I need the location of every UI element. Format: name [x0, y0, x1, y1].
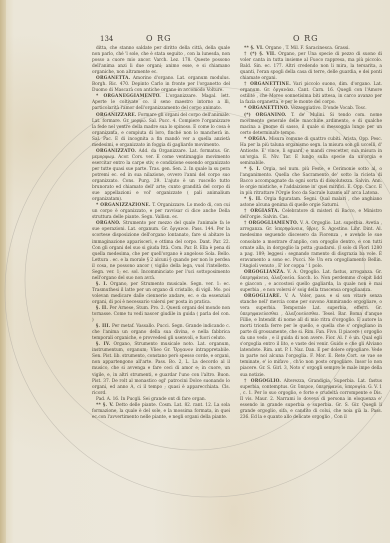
dictionary-entry: §. I. Organo, per Strumento musicale. Se…	[92, 282, 230, 306]
page-number: 134	[100, 35, 113, 43]
left-column: ditta, che stanno saldate per diritto de…	[92, 46, 230, 421]
entry-text: Orgia, nel num. più Feste, e Cerimonie s…	[240, 167, 382, 196]
entry-headword: ORGANETTA.	[96, 76, 130, 81]
entry-text: Formare gli organi del corpo dell'animal…	[92, 113, 230, 148]
dictionary-entry: §. IV. Organo, Strumento musicale noto. …	[92, 342, 230, 396]
entry-headword: † ORGOGLIO.	[244, 379, 281, 384]
running-head-left: O RG	[146, 34, 172, 43]
dictionary-entry: ORGANETTA. Amorino d'organo. Lat. organu…	[92, 76, 230, 94]
entry-text: Strumento per mezzo del quale l'animale …	[92, 221, 230, 280]
dictionary-entry: ORGANIZZARE. Formare gli organi del corp…	[92, 113, 230, 149]
entry-headword: * ORGIA.	[244, 137, 267, 142]
dictionary-entry: * ORGIA. Misura comune di quattro cubiti…	[240, 137, 382, 167]
right-column: ** §. VI. Organo , T. Mil. F. Saracinesc…	[240, 46, 382, 421]
entry-headword: † ORGOGLIAMENTO.	[244, 221, 298, 226]
entry-text: Orgia figuratam. Segni. Qual malari , ch…	[240, 197, 382, 208]
dictionary-entry: (*) ORGANINO. T. de' Mulini. Si tendo co…	[240, 113, 382, 137]
entry-headword: * ORGANETTINO.	[244, 106, 289, 111]
entry-text: Vezzeggiativo. D'onde Vocab. Tosc.	[291, 106, 367, 111]
entry-headword: † ORGIASTA.	[244, 209, 279, 214]
dictionary-entry: * §. I. Orgia, nel num. più Feste, e Cer…	[240, 167, 382, 197]
entry-headword: §. IV.	[96, 342, 110, 347]
entry-headword: † ORGANETTINE.	[244, 82, 291, 87]
entry-headword: ORGANIZZATO.	[96, 149, 136, 154]
entry-headword: §. I.	[96, 282, 107, 287]
entry-text: Organo , T. Mil. F. Saracinesca. Grassi.	[265, 46, 350, 51]
entry-headword: §. III.	[96, 324, 110, 329]
dictionary-entry: ORGANIZZATO. Add. da Organizzare. Lat. f…	[92, 149, 230, 203]
entry-headword: * §. II.	[244, 197, 262, 202]
dictionary-entry: † ORGOGLIAMENTO. V. A. Orgoglio. Lat. su…	[240, 221, 382, 269]
entry-text: V. A. Orgoglio. Lat. superbia. Avetia , …	[240, 221, 382, 268]
entry-headword: ORGOGLIARE.	[244, 294, 281, 299]
entry-text: Pad. A. 16. In Pucgli. Sei grande ont di…	[96, 397, 206, 402]
entry-text: V. A. Voler, pass. e sì son vitare senza…	[240, 294, 382, 378]
running-head-right: O RG	[293, 34, 319, 43]
entry-headword: ORGANO.	[96, 221, 121, 226]
entry-headword: † (*) §. VII.	[244, 52, 276, 57]
scanned-page: 134 O RG O RG ditta, che stanno saldate …	[0, 0, 390, 543]
dictionary-entry: * §. II. Orgia figuratam. Segni. Qual ma…	[240, 197, 382, 209]
entry-headword: ** §. V.	[96, 403, 114, 408]
entry-headword: * ORGANIZZAZIONE.	[96, 203, 151, 208]
dictionary-entry: * ORGANIZZAZIONE. T. Organizzare. Lo mod…	[92, 203, 230, 221]
dictionary-entry: §. III. Per metaf. Vassallo. Pucci. Segn…	[92, 324, 230, 342]
dictionary-entry: ORGOGLIANZA. V. A. Orgoglio. Lat. fastus…	[240, 270, 382, 294]
entry-text: ditta, che stanno saldate per diritto de…	[92, 46, 230, 75]
entry-headword: ORGOGLIANZA.	[244, 270, 285, 275]
dictionary-entry: ** §. V. Detto delle piante. Cosm. Lat. …	[92, 403, 230, 421]
entry-headword: * §. I.	[244, 167, 260, 172]
entry-headword: ORGANIZZARE.	[96, 113, 137, 118]
entry-text: Per metaf. Vassallo. Pucci. Segn. Grande…	[92, 324, 230, 341]
entry-headword: (*) ORGANINO.	[244, 113, 287, 118]
entry-text: Organo, Strumento musicale noto. Lat. or…	[92, 342, 230, 395]
entry-text: Organo, per Strumento musicale. Segn. ve…	[92, 282, 230, 305]
dictionary-entry: † ORGIASTA. Celebratore di misteri di Ba…	[240, 209, 382, 221]
dictionary-entry: † ORGANETTINE. Vari piccolo suono, dim. …	[240, 82, 382, 106]
entry-headword: ** §. VI.	[244, 46, 264, 51]
dictionary-entry: * ORGANEGGIAMENTO. L'organizzare. Magal.…	[92, 94, 230, 112]
entry-text: Add. da Organizzare. Lat. formatus. Gr. …	[92, 149, 230, 202]
entry-text: Alterezza, Grandigia, Superbia. Lat. fas…	[240, 379, 382, 420]
dictionary-entry: † (*) §. VII. Organo, per Una specie di …	[240, 52, 382, 82]
dictionary-entry: ditta, che stanno saldate per diritto de…	[92, 46, 230, 76]
entry-headword: §. II.	[96, 306, 108, 311]
dictionary-entry: §. II. Per Arnese, Stum. Pro. 2. Questi …	[92, 306, 230, 324]
dictionary-entry: † ORGOGLIO. Alterezza, Grandigia, Superb…	[240, 379, 382, 421]
entry-headword: * ORGANEGGIAMENTO.	[96, 94, 161, 99]
entry-text: Per Arnese, Stum. Pro. 2. Questi organi …	[92, 306, 230, 323]
dictionary-entry: ORGOGLIARE. V. A. Voler, pass. e sì son …	[240, 294, 382, 379]
dictionary-entry: ORGANO. Strumento per mezzo del quale l'…	[92, 221, 230, 281]
